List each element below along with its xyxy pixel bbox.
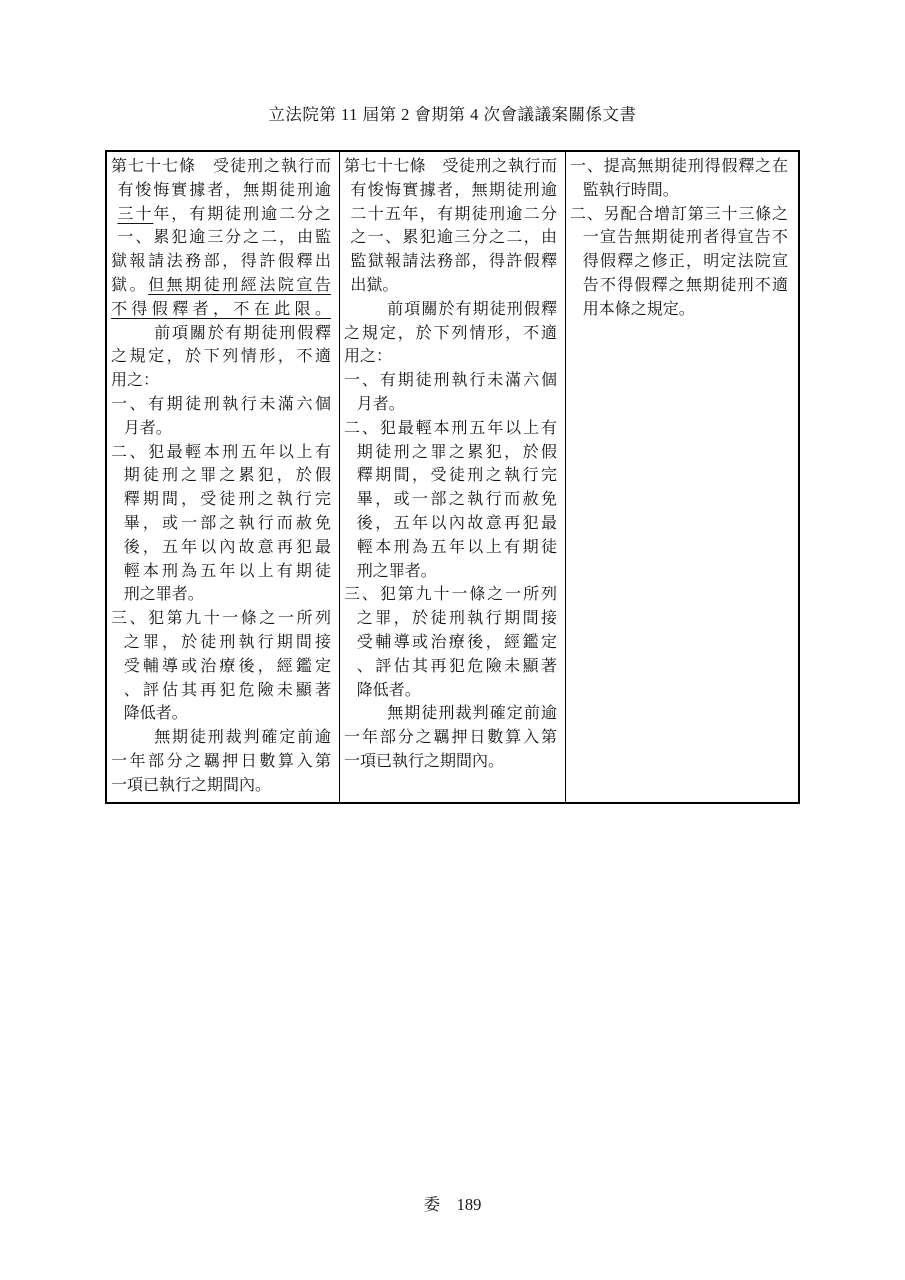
text-segment: 二、犯最輕本刑五年以上有 — [111, 444, 331, 461]
text-line: 一、有期徒刑執行未滿六個 — [344, 369, 557, 393]
text-segment: 一、有期徒刑執行未滿六個 — [344, 372, 557, 389]
text-segment: 得假釋之修正，明定法院宣 — [583, 253, 788, 270]
text-line: 降低者。 — [111, 702, 331, 726]
text-line: 刑之罪者。 — [111, 583, 331, 607]
page-number: 委 189 — [0, 1191, 905, 1215]
text-segment: 輕本刑為五年以上有期徒 — [357, 539, 557, 556]
text-line: 釋期間，受徒刑之執行完 — [344, 464, 557, 488]
text-segment: 、評估其再犯危險未顯著 — [357, 658, 557, 675]
text-segment: 輕本刑為五年以上有期徒 — [124, 563, 331, 580]
text-line: 二十五年，有期徒刑逾二分 — [344, 203, 557, 227]
current-text-column: 第七十七條 受徒刑之執行而有悛悔實據者，無期徒刑逾二十五年，有期徒刑逾二分之一、… — [340, 152, 566, 802]
text-line: 之規定，於下列情形，不適 — [111, 345, 331, 369]
text-segment: 之一、累犯逾三分之二，由 — [350, 229, 557, 246]
document-page: { "header": { "title": "立法院第 11 屆第 2 會期第… — [0, 0, 905, 1280]
text-segment: 二、另配合增訂第三十三條之 — [570, 206, 788, 223]
text-segment: 一年部分之羈押日數算入第 — [111, 753, 331, 770]
text-line: 畢，或一部之執行而赦免 — [111, 512, 331, 536]
text-segment: 用之： — [344, 348, 392, 365]
text-segment: 第七十七條 受徒刑之執行而 — [344, 158, 557, 175]
text-line: 月者。 — [344, 393, 557, 417]
text-line: 降低者。 — [344, 679, 557, 703]
text-line: 輕本刑為五年以上有期徒 — [344, 536, 557, 560]
text-line: 一、提高無期徒刑得假釋之在 — [570, 155, 788, 179]
text-segment: 一、提高無期徒刑得假釋之在 — [570, 158, 788, 175]
text-segment: 年，有期徒刑逾二分之 — [153, 206, 331, 223]
text-segment: 三、犯第九十一條之一所列 — [111, 610, 331, 627]
text-line: 告不得假釋之無期徒刑不適 — [570, 274, 788, 298]
text-line: 之規定，於下列情形，不適 — [344, 322, 557, 346]
text-segment: 一宣告無期徒刑者得宣告不 — [583, 229, 788, 246]
underlined-amendment-text: 三十 — [117, 206, 153, 223]
text-line: 獄報請法務部，得許假釋出 — [111, 250, 331, 274]
text-line: 用之： — [111, 369, 331, 393]
text-segment: 後，五年以內故意再犯最 — [124, 539, 331, 556]
text-line: 釋期間，受徒刑之執行完 — [111, 488, 331, 512]
text-segment: 第七十七條 受徒刑之執行而 — [111, 158, 331, 175]
text-line: 前項關於有期徒刑假釋 — [111, 322, 331, 346]
text-segment: 前項關於有期徒刑假釋 — [154, 325, 331, 342]
text-line: 一、有期徒刑執行未滿六個 — [111, 393, 331, 417]
explanation-column: 一、提高無期徒刑得假釋之在監執行時間。二、另配合增訂第三十三條之一宣告無期徒刑者… — [566, 152, 796, 802]
proposed-text-column: 第七十七條 受徒刑之執行而有悛悔實據者，無期徒刑逾三十年，有期徒刑逾二分之一、累… — [107, 152, 340, 802]
text-segment: 之規定，於下列情形，不適 — [111, 348, 331, 365]
text-segment: 期徒刑之罪之累犯，於假 — [357, 444, 557, 461]
text-segment: 一項已執行之期間內。 — [111, 777, 271, 794]
text-segment: 一、有期徒刑執行未滿六個 — [111, 396, 331, 413]
text-line: 一年部分之羈押日數算入第 — [111, 750, 331, 774]
underlined-amendment-text: 不得假釋者，不在此限。 — [111, 301, 331, 318]
text-segment: 獄報請法務部，得許假釋出 — [111, 253, 331, 270]
text-line: 無期徒刑裁判確定前逾 — [111, 726, 331, 750]
text-segment: 獄。 — [111, 277, 148, 294]
text-segment: 有悛悔實據者，無期徒刑逾 — [350, 182, 557, 199]
text-line: 之一、累犯逾三分之二，由 — [344, 226, 557, 250]
text-line: 二、犯最輕本刑五年以上有 — [344, 417, 557, 441]
text-segment: 之罪，於徒刑執行期間接 — [124, 634, 331, 651]
text-line: 刑之罪者。 — [344, 560, 557, 584]
text-segment: 降低者。 — [124, 705, 188, 722]
text-segment: 、評估其再犯危險未顯著 — [124, 682, 331, 699]
text-line: 前項關於有期徒刑假釋 — [344, 298, 557, 322]
text-line: 三、犯第九十一條之一所列 — [344, 583, 557, 607]
text-line: 有悛悔實據者，無期徒刑逾 — [344, 179, 557, 203]
text-segment: 三、犯第九十一條之一所列 — [344, 586, 557, 603]
text-segment: 二、犯最輕本刑五年以上有 — [344, 420, 557, 437]
text-segment: 期徒刑之罪之累犯，於假 — [124, 467, 331, 484]
underlined-amendment-text: 但無期徒刑經法院宣告 — [148, 277, 331, 294]
text-segment: 監獄報請法務部，得許假釋 — [350, 253, 557, 270]
text-line: 一宣告無期徒刑者得宣告不 — [570, 226, 788, 250]
text-line: 無期徒刑裁判確定前逾 — [344, 702, 557, 726]
text-line: 監獄報請法務部，得許假釋 — [344, 250, 557, 274]
text-line: 二、另配合增訂第三十三條之 — [570, 203, 788, 227]
text-line: 、評估其再犯危險未顯著 — [111, 679, 331, 703]
text-segment: 受輔導或治療後，經鑑定 — [124, 658, 331, 675]
text-segment: 無期徒刑裁判確定前逾 — [387, 705, 557, 722]
text-segment: 後，五年以內故意再犯最 — [357, 515, 557, 532]
text-line: 用之： — [344, 345, 557, 369]
text-segment: 降低者。 — [357, 682, 421, 699]
text-segment: 用之： — [111, 372, 159, 389]
text-segment: 畢，或一部之執行而赦免 — [357, 491, 557, 508]
text-segment: 有悛悔實據者，無期徒刑逾 — [117, 182, 331, 199]
text-line: 有悛悔實據者，無期徒刑逾 — [111, 179, 331, 203]
text-line: 不得假釋者，不在此限。 — [111, 298, 331, 322]
comparison-table: 第七十七條 受徒刑之執行而有悛悔實據者，無期徒刑逾三十年，有期徒刑逾二分之一、累… — [105, 150, 800, 804]
text-segment: 刑之罪者。 — [124, 586, 204, 603]
text-line: 第七十七條 受徒刑之執行而 — [344, 155, 557, 179]
text-line: 一項已執行之期間內。 — [111, 774, 331, 798]
text-line: 一項已執行之期間內。 — [344, 750, 557, 774]
text-line: 期徒刑之罪之累犯，於假 — [111, 464, 331, 488]
text-line: 用本條之規定。 — [570, 298, 788, 322]
text-segment: 受輔導或治療後，經鑑定 — [357, 634, 557, 651]
text-line: 得假釋之修正，明定法院宣 — [570, 250, 788, 274]
text-segment: 一、累犯逾三分之二，由監 — [117, 229, 331, 246]
text-line: 之罪，於徒刑執行期間接 — [111, 631, 331, 655]
text-segment: 畢，或一部之執行而赦免 — [124, 515, 331, 532]
text-segment: 用本條之規定。 — [583, 301, 695, 318]
text-line: 後，五年以內故意再犯最 — [344, 512, 557, 536]
text-segment: 前項關於有期徒刑假釋 — [387, 301, 557, 318]
text-line: 三十年，有期徒刑逾二分之 — [111, 203, 331, 227]
text-line: 三、犯第九十一條之一所列 — [111, 607, 331, 631]
text-segment: 二十五年，有期徒刑逾二分 — [350, 206, 557, 223]
text-line: 輕本刑為五年以上有期徒 — [111, 560, 331, 584]
text-line: 一年部分之羈押日數算入第 — [344, 726, 557, 750]
text-line: 畢，或一部之執行而赦免 — [344, 488, 557, 512]
text-line: 第七十七條 受徒刑之執行而 — [111, 155, 331, 179]
text-segment: 監執行時間。 — [583, 182, 679, 199]
text-line: 出獄。 — [344, 274, 557, 298]
text-line: 二、犯最輕本刑五年以上有 — [111, 441, 331, 465]
text-line: 後，五年以內故意再犯最 — [111, 536, 331, 560]
text-segment: 之規定，於下列情形，不適 — [344, 325, 557, 342]
text-segment: 月者。 — [124, 420, 172, 437]
text-segment: 刑之罪者。 — [357, 563, 437, 580]
document-title: 立法院第 11 屆第 2 會期第 4 次會議議案關係文書 — [0, 101, 905, 125]
text-line: 期徒刑之罪之累犯，於假 — [344, 441, 557, 465]
text-line: 、評估其再犯危險未顯著 — [344, 655, 557, 679]
text-segment: 無期徒刑裁判確定前逾 — [154, 729, 331, 746]
text-segment: 釋期間，受徒刑之執行完 — [124, 491, 331, 508]
text-segment: 月者。 — [357, 396, 405, 413]
text-line: 受輔導或治療後，經鑑定 — [111, 655, 331, 679]
text-line: 監執行時間。 — [570, 179, 788, 203]
text-line: 之罪，於徒刑執行期間接 — [344, 607, 557, 631]
text-line: 一、累犯逾三分之二，由監 — [111, 226, 331, 250]
text-segment: 告不得假釋之無期徒刑不適 — [583, 277, 788, 294]
text-segment: 一項已執行之期間內。 — [344, 753, 504, 770]
text-line: 受輔導或治療後，經鑑定 — [344, 631, 557, 655]
text-segment: 之罪，於徒刑執行期間接 — [357, 610, 557, 627]
text-line: 獄。但無期徒刑經法院宣告 — [111, 274, 331, 298]
text-segment: 出獄。 — [350, 277, 398, 294]
text-line: 月者。 — [111, 417, 331, 441]
text-segment: 一年部分之羈押日數算入第 — [344, 729, 557, 746]
text-segment: 釋期間，受徒刑之執行完 — [357, 467, 557, 484]
